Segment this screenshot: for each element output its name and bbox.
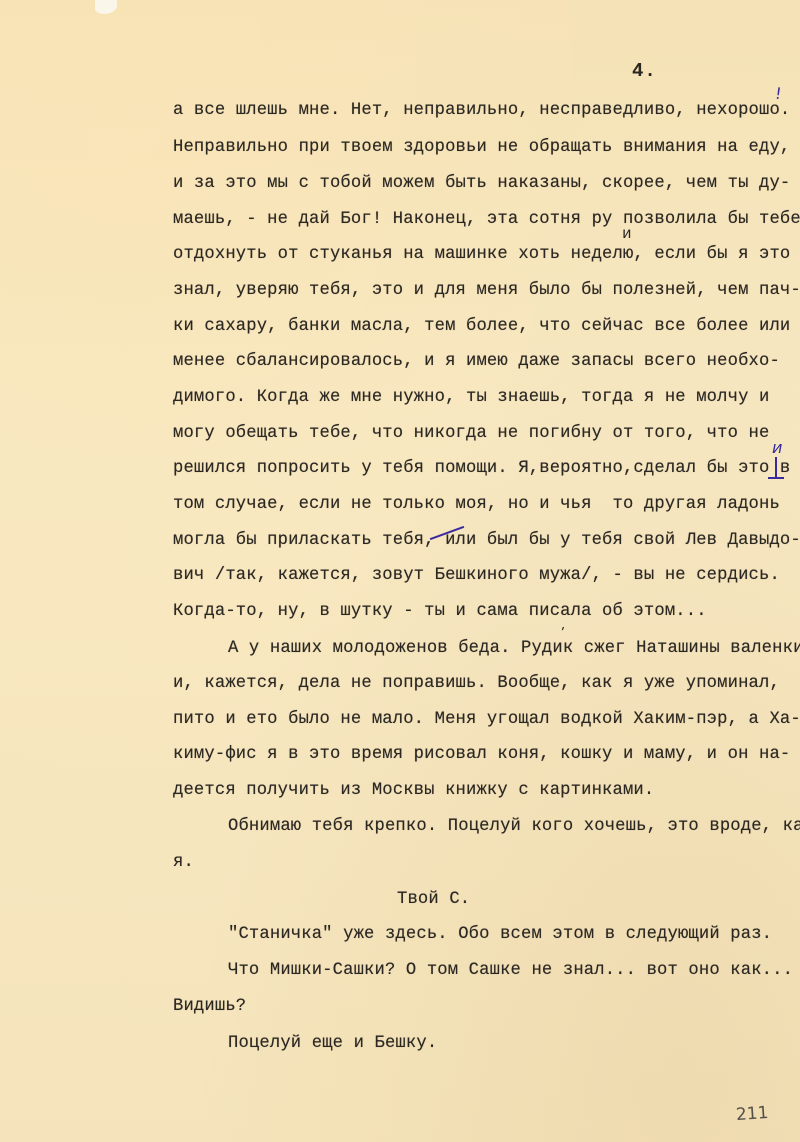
insertion-caret-base xyxy=(768,477,784,479)
text-line: знал, уверяю тебя, это и для меня было б… xyxy=(173,281,800,301)
text-line: пито и ето было не мало. Меня угощал вод… xyxy=(173,710,800,730)
postscript-line: Что Мишки-Сашки? О том Сашке не знал... … xyxy=(228,961,793,981)
text-line: отдохнуть от стуканья на машинке хоть не… xyxy=(173,245,790,265)
text-line: решился попросить у тебя помощи. Я,вероя… xyxy=(173,459,790,479)
archive-page-number: 211 xyxy=(735,1103,769,1125)
text-line: маешь, - не дай Бог! Наконец, эта сотня … xyxy=(173,210,800,230)
signature: Твой С. xyxy=(397,890,470,910)
handwritten-insertion: и xyxy=(772,440,782,456)
text-line: могла бы приласкать тебя, или был бы у т… xyxy=(173,531,800,551)
text-line: А у наших молодоженов беда. Рудик сжег Н… xyxy=(228,639,800,659)
page-number: 4. xyxy=(632,60,657,82)
text-line: могу обещать тебе, что никогда не погибн… xyxy=(173,424,769,444)
text-line: менее сбалансировалось, и я имею даже за… xyxy=(173,352,780,372)
text-line: Обнимаю тебя крепко. Поцелуй кого хочешь… xyxy=(228,817,800,837)
text-line: димого. Когда же мне нужно, ты знаешь, т… xyxy=(173,388,769,408)
text-line: том случае, если не только моя, но и чья… xyxy=(173,495,780,515)
text-line: киму-фис я в это время рисовал коня, кош… xyxy=(173,745,790,765)
postscript-line: Поцелуй еще и Бешку. xyxy=(228,1034,437,1054)
postscript-line: "Станичка" уже здесь. Обо всем этом в сл… xyxy=(228,925,772,945)
text-line: и за это мы с тобой можем быть наказаны,… xyxy=(173,174,790,194)
insertion-caret-mark xyxy=(775,457,777,477)
text-line: а все шлешь мне. Нет, неправильно, неспр… xyxy=(173,101,790,121)
postscript-line: Видишь? xyxy=(173,997,246,1017)
text-line: вич /так, кажется, зовут Бешкиного мужа/… xyxy=(173,566,780,586)
insertion-above-line: и xyxy=(622,226,632,242)
text-line: Неправильно при твоем здоровьи не обраща… xyxy=(173,138,790,158)
text-line: деется получить из Москвы книжку с карти… xyxy=(173,781,654,801)
text-line: я. xyxy=(173,853,194,873)
text-line: ки сахару, банки масла, тем более, что с… xyxy=(173,317,790,337)
text-line: и, кажется, дела не поправишь. Вообще, к… xyxy=(173,674,780,694)
text-line: Когда-то, ну, в шутку - ты и сама писала… xyxy=(173,602,707,622)
